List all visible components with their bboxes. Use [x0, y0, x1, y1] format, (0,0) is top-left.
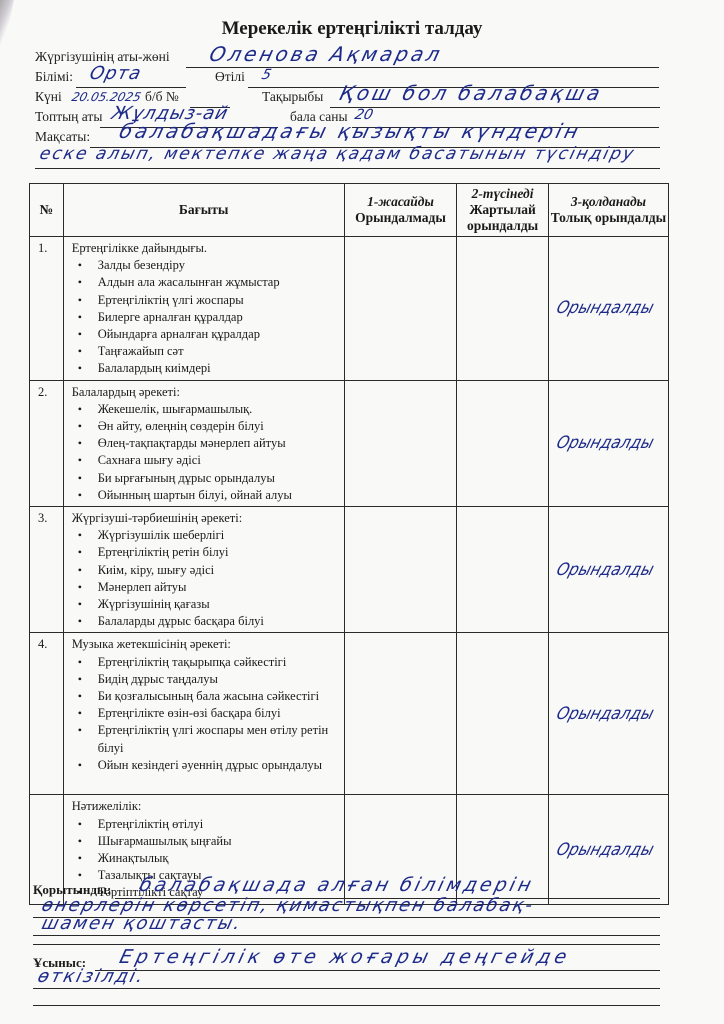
presenter-value: Оленова Ақмарал: [208, 45, 445, 63]
criteria-item: Ойын кезіндегі әуеннің дұрыс орындалуы: [72, 757, 340, 774]
date-label: Күні: [35, 87, 62, 107]
rating-cell-level2[interactable]: [457, 237, 549, 381]
conclusion-line3[interactable]: [33, 935, 660, 936]
row-direction: Жүргізуші-тәрбиешінің әрекеті:Жүргізушіл…: [63, 507, 344, 633]
criteria-item: Ертеңгіліктің ретін білуі: [72, 544, 340, 561]
row-direction: Музыка жетекшісінің әрекеті:Ертеңгілікті…: [63, 633, 344, 795]
criteria-item: Залды безендіру: [72, 257, 340, 274]
table-header-row: № Бағыты 1-жасайды Орындалмады 2-түсінед…: [30, 184, 669, 237]
conclusion-text-line3: шамен қоштасты.: [40, 915, 244, 933]
criteria-list: Залды безендіруАлдын ала жасалынған жұмы…: [72, 257, 340, 377]
criteria-item: Ертеңгілікте өзін-өзі басқара білуі: [72, 705, 340, 722]
row-heading: Ертеңгілікке дайындығы.: [72, 240, 340, 257]
table-row: 1.Ертеңгілікке дайындығы.Залды безендіру…: [30, 237, 669, 381]
row-number: 4.: [30, 633, 64, 795]
criteria-item: Билерге арналған құралдар: [72, 309, 340, 326]
row-number: 3.: [30, 507, 64, 633]
rating-cell-level2[interactable]: [457, 633, 549, 795]
criteria-item: Жинақтылық: [72, 850, 340, 867]
header-level2: 2-түсінеді Жартылай орындалды: [457, 184, 549, 237]
criteria-list: Жекешелік, шығармашылық.Ән айту, өлеңнің…: [72, 401, 340, 504]
rating-cell-level3[interactable]: Орындалды: [548, 507, 668, 633]
criteria-item: Жүргізушінің қағазы: [72, 596, 340, 613]
header-direction: Бағыты: [63, 184, 344, 237]
criteria-item: Ертеңгіліктің үлгі жоспары: [72, 292, 340, 309]
conclusion-line4[interactable]: [33, 944, 660, 945]
document-title: Мерекелік ертеңгілікті талдау: [0, 18, 724, 40]
criteria-item: Балалардың киімдері: [72, 360, 340, 377]
conclusion-text-line1: балабақшада алған білімдерін: [138, 876, 536, 894]
header-no: №: [30, 184, 64, 237]
row-direction: Балалардың әрекеті:Жекешелік, шығармашыл…: [63, 380, 344, 506]
criteria-item: Шығармашылық ыңғайы: [72, 833, 340, 850]
suggestion-line3[interactable]: [33, 1005, 660, 1006]
row-direction: Ертеңгілікке дайындығы.Залды безендіруАл…: [63, 237, 344, 381]
goal-value-line1: балабақшадағы қызықты күндерін: [118, 122, 583, 140]
row-heading: Балалардың әрекеті:: [72, 384, 340, 401]
criteria-item: Балаларды дұрыс басқара білуі: [72, 613, 340, 630]
criteria-item: Алдын ала жасалынған жұмыстар: [72, 274, 340, 291]
goal-value-line2: еске алып, мектепке жаңа қадам басатынын…: [38, 145, 638, 163]
handwritten-mark: Орындалды: [554, 298, 656, 318]
criteria-item: Өлең-тақпақтарды мәнерлеп айтуы: [72, 435, 340, 452]
table-row: 4.Музыка жетекшісінің әрекеті:Ертеңгілік…: [30, 633, 669, 795]
rating-cell-level3[interactable]: Орындалды: [548, 795, 668, 904]
education-label: Білімі:: [35, 67, 73, 87]
criteria-item: Сахнаға шығу әдісі: [72, 452, 340, 469]
suggestion-line1[interactable]: [95, 970, 660, 971]
table-row: 2.Балалардың әрекеті:Жекешелік, шығармаш…: [30, 380, 669, 506]
row-number: 2.: [30, 380, 64, 506]
criteria-item: Ән айту, өлеңнің сөздерін білуі: [72, 418, 340, 435]
row-number: 1.: [30, 237, 64, 381]
experience-label: Өтілі: [215, 67, 245, 87]
criteria-item: Би ырғағының дұрыс орындалуы: [72, 470, 340, 487]
handwritten-mark: Орындалды: [554, 560, 656, 580]
suggestion-text-line2: өткізілді.: [36, 968, 147, 986]
rating-cell-level1[interactable]: [344, 507, 457, 633]
header-level3: 3-қолданады Толық орындалды: [548, 184, 668, 237]
handwritten-mark: Орындалды: [554, 840, 656, 860]
rating-cell-level3[interactable]: Орындалды: [548, 380, 668, 506]
topic-label: Тақырыбы: [262, 87, 323, 107]
criteria-item: Мәнерлеп айтуы: [72, 579, 340, 596]
rating-cell-level3[interactable]: Орындалды: [548, 633, 668, 795]
suggestion-text-line1: Ертеңгілік өте жоғары деңгейде: [118, 948, 573, 966]
rating-cell-level3[interactable]: Орындалды: [548, 237, 668, 381]
criteria-item: Ойынның шартын білуі, ойнай алуы: [72, 487, 340, 504]
criteria-item: Ертеңгіліктің тақырыпқа сәйкестігі: [72, 654, 340, 671]
criteria-list: Ертеңгіліктің тақырыпқа сәйкестігіБидің …: [72, 654, 340, 774]
row-heading: Нәтижелілік:: [72, 798, 340, 815]
rating-cell-level1[interactable]: [344, 380, 457, 506]
suggestion-line2[interactable]: [33, 988, 660, 989]
evaluation-table: № Бағыты 1-жасайды Орындалмады 2-түсінед…: [29, 183, 669, 905]
education-value: Орта: [88, 65, 144, 83]
handwritten-mark: Орындалды: [554, 704, 656, 724]
row-heading: Музыка жетекшісінің әрекеті:: [72, 636, 340, 653]
rating-cell-level2[interactable]: [457, 507, 549, 633]
criteria-item: Жекешелік, шығармашылық.: [72, 401, 340, 418]
criteria-item: Таңғажайып сәт: [72, 343, 340, 360]
criteria-item: Ойындарға арналған құралдар: [72, 326, 340, 343]
criteria-item: Киім, кіру, шығу әдісі: [72, 562, 340, 579]
header-level1: 1-жасайды Орындалмады: [344, 184, 457, 237]
criteria-item: Ертеңгіліктің үлгі жоспары мен өтілу рет…: [72, 722, 340, 756]
row-heading: Жүргізуші-тәрбиешінің әрекеті:: [72, 510, 340, 527]
criteria-item: Бидің дұрыс таңдалуы: [72, 671, 340, 688]
criteria-item: Би қозғалысының бала жасына сәйкестігі: [72, 688, 340, 705]
handwritten-mark: Орындалды: [554, 433, 656, 453]
rating-cell-level2[interactable]: [457, 380, 549, 506]
rating-cell-level1[interactable]: [344, 633, 457, 795]
topic-value: Қош бол балабақша: [338, 84, 605, 102]
criteria-list: Жүргізушілік шеберлігіЕртеңгіліктің реті…: [72, 527, 340, 630]
criteria-item: Ертеңгіліктің өтілуі: [72, 816, 340, 833]
criteria-item: Жүргізушілік шеберлігі: [72, 527, 340, 544]
group-name-label: Топтың аты: [35, 107, 102, 127]
table-row: 3.Жүргізуші-тәрбиешінің әрекеті:Жүргізуш…: [30, 507, 669, 633]
rating-cell-level1[interactable]: [344, 237, 457, 381]
